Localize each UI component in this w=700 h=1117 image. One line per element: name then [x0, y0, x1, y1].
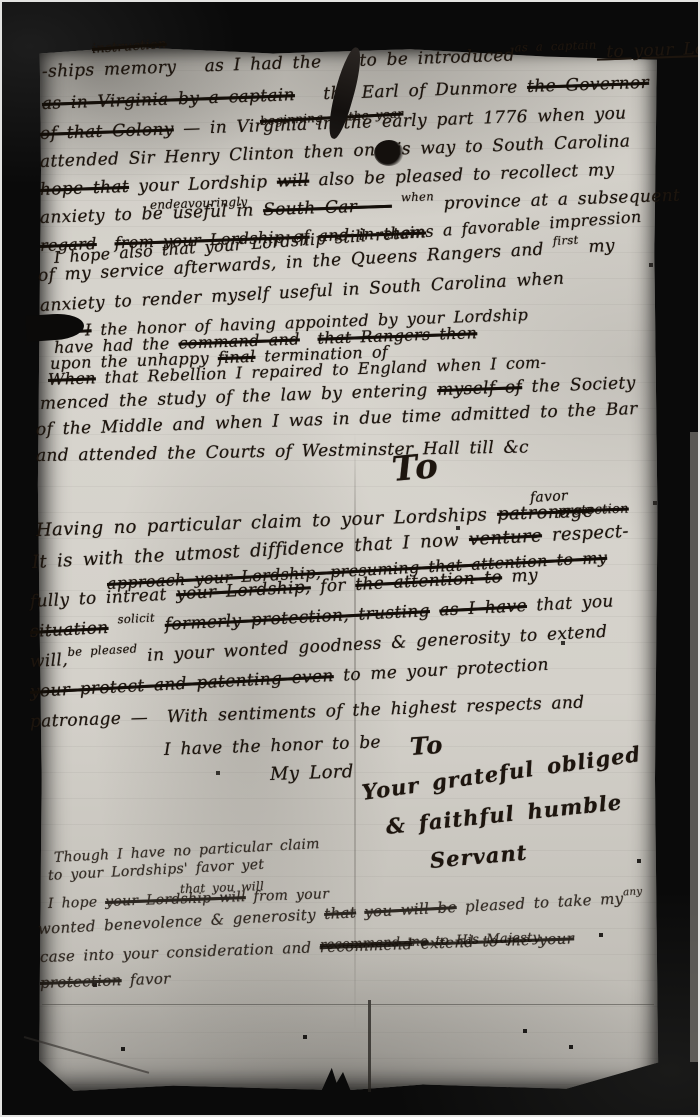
inserted-word: instruction: [91, 37, 167, 57]
paper-tear-notch: [330, 1072, 352, 1094]
struck-text: situation: [29, 618, 109, 642]
handwritten-text: my: [502, 565, 539, 587]
struck-text: of that Colony: [40, 119, 174, 144]
handwritten-text: your Lordship: [129, 172, 278, 197]
struck-text: as I have: [439, 596, 528, 621]
line-26: I have the honor to be: [164, 732, 382, 760]
handwritten-text: as I had the: [176, 52, 322, 77]
handwritten-text: that you: [526, 591, 614, 616]
struck-text: hope that: [40, 177, 130, 200]
handwritten-text: Servant: [429, 840, 529, 873]
inserted-text: as a captain: [514, 37, 596, 54]
handwritten-text: province at a subsequent: [434, 186, 681, 215]
handwritten-text: patronage —: [30, 707, 168, 732]
struck-text: you will be: [364, 898, 457, 921]
handwritten-text: To: [409, 730, 444, 761]
inserted-text: any: [623, 886, 643, 898]
handwritten-text: the Society: [522, 373, 636, 397]
struck-text: that: [324, 903, 357, 923]
handwritten-text: to your Lordship: [597, 37, 700, 63]
handwritten-text: -ships memory: [42, 57, 177, 82]
struck-text: When: [48, 368, 96, 389]
handwritten-text: favor: [121, 969, 171, 989]
struck-text: the Governor: [527, 73, 650, 97]
handwritten-text: With sentiments of the highest respects …: [167, 693, 585, 728]
struck-text: South Car——: [263, 196, 392, 220]
ink-layer: instruction-ships memory as I had the to…: [2, 2, 700, 1117]
handwritten-text: case into your consideration and: [40, 938, 320, 966]
note-05: case into your consideration and recomme…: [40, 929, 575, 966]
struck-text: venture: [468, 525, 542, 550]
struck-text: your Lordship will: [105, 889, 246, 910]
closing-to: To: [409, 730, 444, 761]
inserted-text: first: [552, 232, 578, 247]
handwritten-text: My Lord: [270, 761, 354, 785]
signature: Servant: [429, 840, 529, 873]
handwritten-text: I have the honor to be: [164, 732, 382, 760]
handwritten-text: To: [390, 446, 441, 490]
handwritten-text: will,: [29, 650, 68, 672]
struck-text: instruction: [91, 37, 167, 57]
salutation: My Lord: [270, 761, 354, 785]
line-25: patronage — With sentiments of the highe…: [30, 693, 585, 732]
handwritten-text: [391, 195, 401, 215]
struck-text: will: [277, 171, 310, 192]
inserted-text: when: [401, 189, 434, 204]
struck-text: recommend: [319, 935, 412, 956]
ink-blot: [374, 140, 404, 166]
handwritten-text: —: [173, 118, 210, 139]
handwritten-text: respect-: [541, 521, 629, 547]
struck-text: protection: [40, 971, 122, 992]
inserted-text: solicit: [117, 610, 155, 626]
struck-text: as in Virginia by a captain: [42, 85, 296, 114]
handwritten-text: the Earl of Dunmore: [295, 77, 528, 105]
address-to: To: [390, 446, 441, 490]
struck-text: myself of: [437, 377, 523, 400]
handwritten-text: for: [310, 575, 356, 597]
line-17: and attended the Courts of Westminster H…: [36, 437, 529, 466]
handwritten-text: to me your protection: [333, 655, 549, 686]
struck-text: patronage: [497, 501, 594, 525]
handwritten-text: my: [578, 236, 615, 258]
struck-text: your protect and patenting even: [29, 666, 334, 702]
handwritten-text: and attended the Courts of Westminster H…: [36, 437, 529, 466]
handwritten-text: fully to intreat: [29, 585, 167, 612]
manuscript-scan: instruction-ships memory as I had the to…: [0, 0, 700, 1117]
struck-text: formerly protection, trusting: [164, 601, 430, 635]
handwritten-text: pleased to take my: [456, 889, 624, 916]
handwritten-text: anxiety to be useful in: [40, 200, 264, 228]
handwritten-text: also be pleased to recollect my: [309, 160, 615, 191]
handwritten-text: from your: [245, 886, 329, 905]
note-06: protection favor: [40, 969, 171, 992]
inserted-text: be pleased: [67, 641, 138, 659]
handwritten-text: I hope: [48, 894, 106, 912]
